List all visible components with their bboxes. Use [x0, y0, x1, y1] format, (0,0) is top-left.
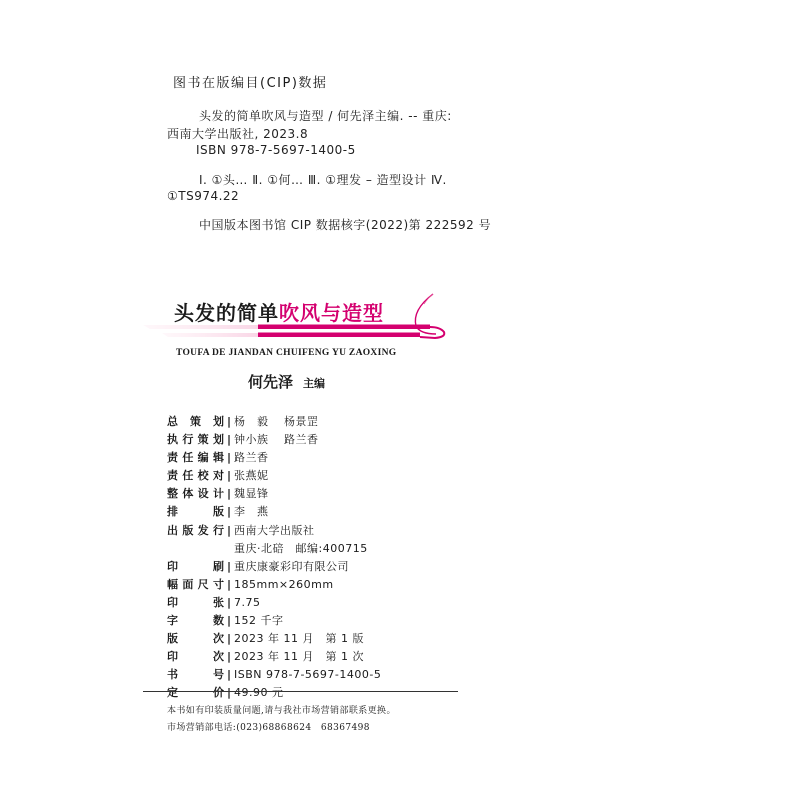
credit-value: 西南大学出版社 — [234, 522, 315, 540]
notice-line: 市场营销部电话:(023)68868624 68367498 — [167, 720, 370, 733]
credit-label: 版次 — [167, 630, 224, 648]
credit-value: 2023 年 11 月 第 1 次 — [234, 648, 364, 666]
credit-row: 书号|ISBN 978-7-5697-1400-5 — [167, 666, 381, 684]
credit-label: 印刷 — [167, 558, 224, 576]
credit-row: 幅面尺寸|185mm×260mm — [167, 576, 381, 594]
cip-line: 头发的简单吹风与造型 / 何先泽主编. -- 重庆: — [199, 107, 452, 124]
credit-row: 执行策划|钟小族 路兰香 — [167, 431, 381, 449]
credit-label: 执行策划 — [167, 431, 224, 449]
credit-label: 总策划 — [167, 413, 224, 431]
credit-row: 总策划|杨 毅 杨景罡 — [167, 413, 381, 431]
credits-list: 总策划|杨 毅 杨景罡 执行策划|钟小族 路兰香 责任编辑|路兰香 责任校对|张… — [167, 413, 381, 703]
credit-value: 152 千字 — [234, 612, 284, 630]
credit-label: 责任校对 — [167, 467, 224, 485]
credit-row: 责任编辑|路兰香 — [167, 449, 381, 467]
credit-row: 字数|152 千字 — [167, 612, 381, 630]
credit-value: 李 燕 — [234, 503, 269, 521]
separator-bar: | — [224, 576, 234, 594]
credit-row: 版次|2023 年 11 月 第 1 版 — [167, 630, 381, 648]
credit-row: 印刷|重庆康豪彩印有限公司 — [167, 558, 381, 576]
credit-value: 魏显锋 — [234, 485, 269, 503]
credit-label: 出版发行 — [167, 522, 224, 540]
credit-value: 49.90 元 — [234, 684, 284, 702]
separator-bar: | — [224, 630, 234, 648]
credit-row: 印次|2023 年 11 月 第 1 次 — [167, 648, 381, 666]
notice-line: 本书如有印装质量问题,请与我社市场营销部联系更换。 — [167, 703, 396, 716]
pinyin-title: TOUFA DE JIANDAN CHUIFENG YU ZAOXING — [176, 348, 396, 358]
credit-value: 路兰香 — [234, 449, 269, 467]
separator-bar: | — [224, 413, 234, 431]
credit-row: 排版|李 燕 — [167, 503, 381, 521]
credit-label: 印张 — [167, 594, 224, 612]
author-name: 何先泽 — [248, 373, 293, 391]
credit-value: 2023 年 11 月 第 1 版 — [234, 630, 364, 648]
separator-bar: | — [224, 594, 234, 612]
cip-line: ISBN 978-7-5697-1400-5 — [196, 143, 356, 157]
credit-value: 185mm×260mm — [234, 576, 334, 594]
separator-bar: | — [224, 666, 234, 684]
credit-row: 出版发行|西南大学出版社 — [167, 522, 381, 540]
credit-row: 印张|7.75 — [167, 594, 381, 612]
separator-bar: | — [224, 467, 234, 485]
cip-line: 中国版本图书馆 CIP 数据核字(2022)第 222592 号 — [199, 216, 491, 233]
credit-value: ISBN 978-7-5697-1400-5 — [234, 666, 381, 684]
separator-bar: | — [224, 485, 234, 503]
credit-value: 重庆·北碚 邮编:400715 — [234, 540, 368, 558]
credit-value: 张燕妮 — [234, 467, 269, 485]
credit-value: 杨 毅 杨景罡 — [234, 413, 319, 431]
cip-line: Ⅰ. ①头… Ⅱ. ①何… Ⅲ. ①理发 – 造型设计 Ⅳ. — [199, 171, 447, 188]
credit-label: 定价 — [167, 684, 224, 702]
credit-label: 书号 — [167, 666, 224, 684]
credit-value: 钟小族 路兰香 — [234, 431, 319, 449]
credit-label: 整体设计 — [167, 485, 224, 503]
credit-label: 印次 — [167, 648, 224, 666]
separator-bar: | — [224, 648, 234, 666]
credit-label: 排版 — [167, 503, 224, 521]
separator-bar: | — [224, 522, 234, 540]
separator-bar: | — [224, 503, 234, 521]
author-role: 主编 — [303, 377, 325, 390]
credit-row: 责任校对|张燕妮 — [167, 467, 381, 485]
separator-bar: | — [224, 684, 234, 702]
credit-row: 定价|49.90 元 — [167, 684, 381, 702]
author: 何先泽主编 — [248, 371, 325, 392]
credit-row: 整体设计|魏显锋 — [167, 485, 381, 503]
cip-heading: 图书在版编目(CIP)数据 — [173, 72, 327, 91]
credit-row: |重庆·北碚 邮编:400715 — [167, 540, 381, 558]
decorative-ribbon-icon — [140, 290, 470, 350]
credit-label: 字数 — [167, 612, 224, 630]
divider-line — [143, 691, 458, 692]
separator-bar: | — [224, 612, 234, 630]
cip-line: ①TS974.22 — [167, 189, 239, 203]
separator-bar: | — [224, 558, 234, 576]
cip-line: 西南大学出版社, 2023.8 — [167, 125, 308, 142]
credit-value: 7.75 — [234, 594, 261, 612]
credit-label: 责任编辑 — [167, 449, 224, 467]
credit-value: 重庆康豪彩印有限公司 — [234, 558, 349, 576]
credit-label: 幅面尺寸 — [167, 576, 224, 594]
separator-bar: | — [224, 449, 234, 467]
separator-bar: | — [224, 431, 234, 449]
